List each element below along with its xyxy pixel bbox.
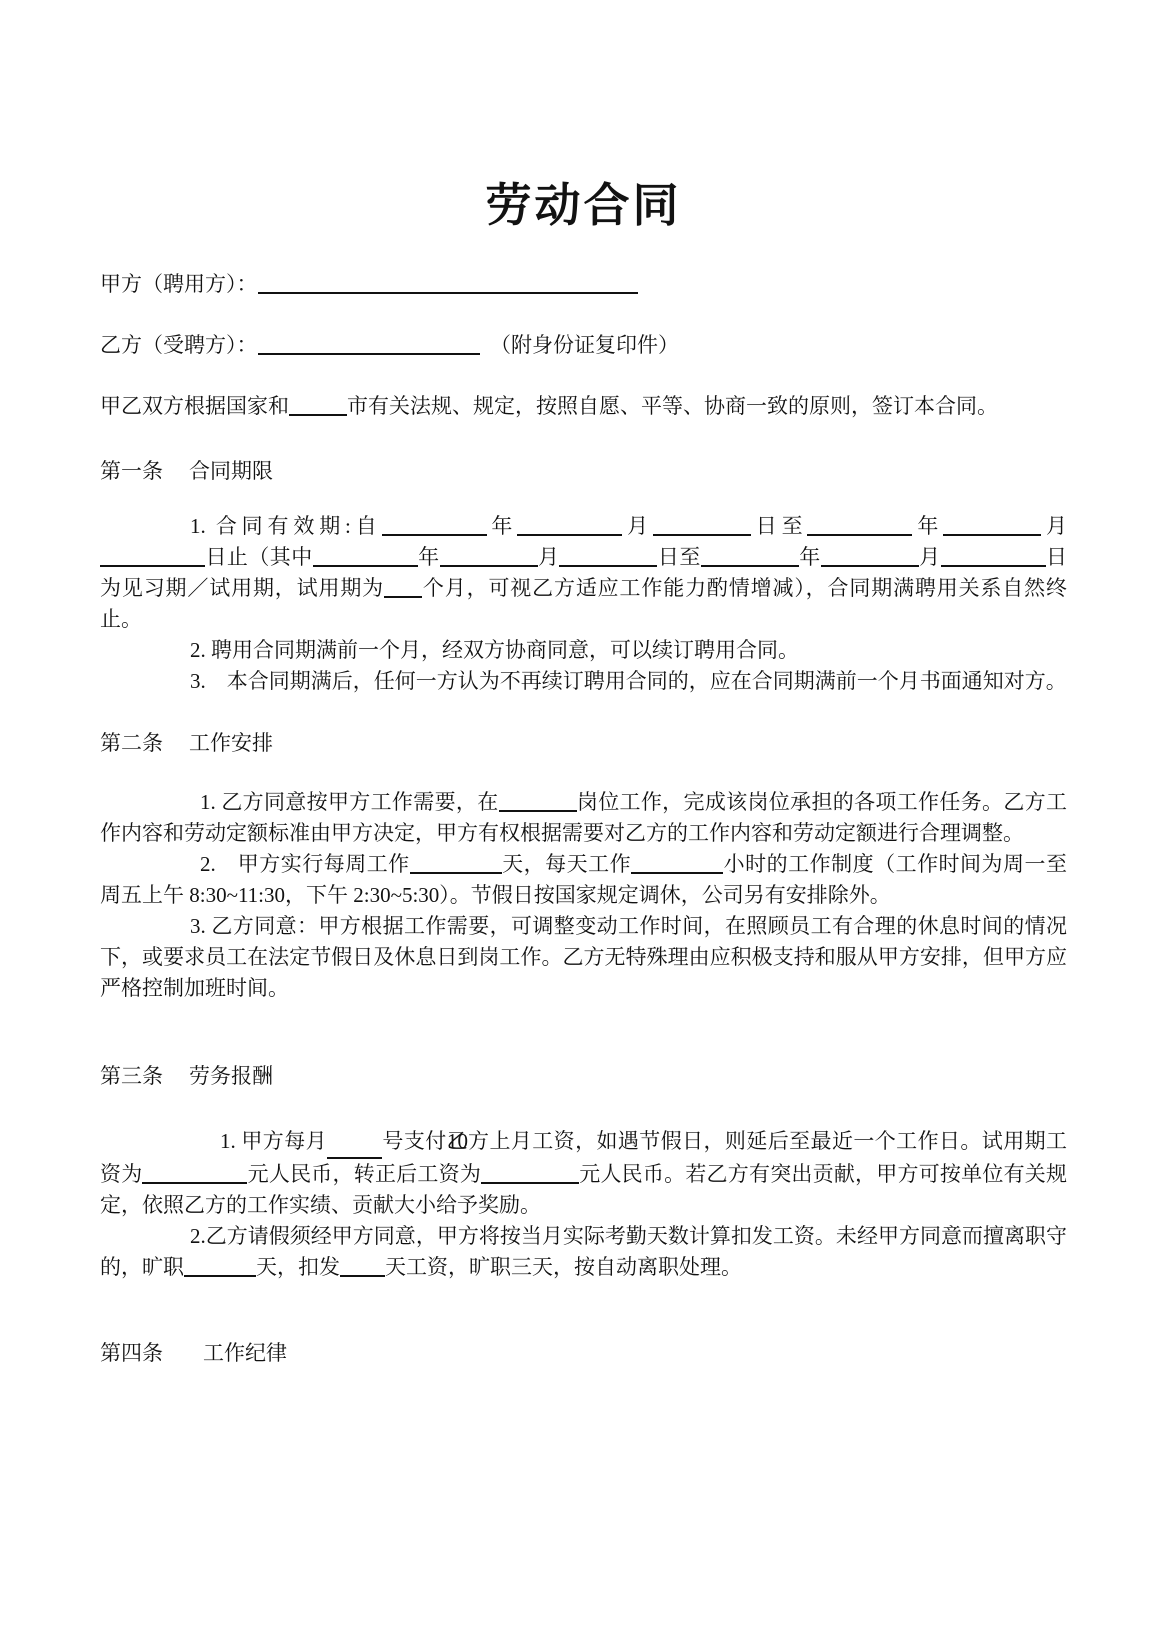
clause-3-1: 1. 甲方每月10号支付乙方上月工资，如遇节假日，则延后至最近一个工作日。试用期… bbox=[100, 1126, 1067, 1221]
clause-1-1: 1. 合同有效期:自年月日至年月日止（其中年月日至年月日为见习期／试用期，试用期… bbox=[100, 511, 1067, 635]
fill-in-blank bbox=[258, 341, 480, 355]
text-run: 天，扣发 bbox=[256, 1255, 340, 1279]
fill-in-blank bbox=[481, 1170, 579, 1184]
labor-contract-page: 劳动合同 甲方（聘用方）： 乙方（受聘方）： （附身份证复印件） 甲乙双方根据国… bbox=[0, 0, 1167, 1651]
text-run: 3. 乙方同意：甲方根据工作需要，可调整变动工作时间，在照顾员工有合理的休息时间… bbox=[100, 914, 1067, 1000]
section-2-heading: 第二条工作安排 bbox=[100, 728, 1067, 759]
fill-in-blank bbox=[631, 860, 723, 874]
text-run: 天工资，旷职三天，按自动离职处理。 bbox=[385, 1255, 742, 1279]
fill-in-blank bbox=[410, 860, 502, 874]
fill-in-blank bbox=[499, 798, 577, 812]
text-run: 月 bbox=[538, 545, 560, 569]
text-run: 年 bbox=[912, 514, 943, 538]
clause-1-3: 3. 本合同期满后，任何一方认为不再续订聘用合同的，应在合同期满前一个月书面通知… bbox=[100, 666, 1067, 697]
text-run: 3. 本合同期满后，任何一方认为不再续订聘用合同的，应在合同期满前一个月书面通知… bbox=[190, 669, 1067, 693]
section-2-name: 工作安排 bbox=[189, 731, 273, 755]
fill-in-blank bbox=[653, 522, 751, 536]
fill-in-blank bbox=[943, 522, 1041, 536]
text-run: 年 bbox=[487, 514, 518, 538]
section-3-number: 第三条 bbox=[100, 1064, 163, 1088]
party-a-row: 甲方（聘用方）： bbox=[100, 269, 1067, 300]
section-1-number: 第一条 bbox=[100, 459, 163, 483]
text-run: 1. 乙方同意按甲方工作需要，在 bbox=[200, 790, 499, 814]
text-run: 日至 bbox=[751, 514, 808, 538]
fill-in-blank bbox=[701, 553, 799, 567]
text-run: 甲方（聘用方）： bbox=[100, 272, 258, 296]
clause-2-1: 1. 乙方同意按甲方工作需要，在岗位工作，完成该岗位承担的各项工作任务。乙方工作… bbox=[100, 787, 1067, 849]
text-run: 月 bbox=[1041, 514, 1067, 538]
text-run: （附身份证复印件） bbox=[480, 333, 680, 357]
clause-2-2: 2. 甲方实行每周工作天，每天工作小时的工作制度（工作时间为周一至周五上午 8:… bbox=[100, 849, 1067, 911]
section-4-heading: 第四条工作纪律 bbox=[100, 1338, 1067, 1369]
section-1-heading: 第一条合同期限 bbox=[100, 456, 1067, 487]
fill-in-blank bbox=[289, 402, 347, 416]
text-run: 月 bbox=[622, 514, 653, 538]
text-run: 1. 甲方每月 bbox=[220, 1129, 327, 1153]
text-run: 2. 聘用合同期满前一个月，经双方协商同意，可以续订聘用合同。 bbox=[190, 638, 799, 662]
text-run: 甲乙双方根据国家和 bbox=[100, 394, 289, 418]
fill-in-blank bbox=[184, 1263, 256, 1277]
document-title: 劳动合同 bbox=[100, 178, 1067, 234]
section-1-name: 合同期限 bbox=[189, 459, 273, 483]
fill-in-blank bbox=[807, 522, 912, 536]
fill-in-blank bbox=[941, 553, 1046, 567]
text-run: 元人民币，转正后工资为 bbox=[247, 1162, 481, 1186]
fill-in-blank bbox=[258, 280, 638, 294]
fill-in-blank bbox=[440, 553, 538, 567]
clause-2-3: 3. 乙方同意：甲方根据工作需要，可调整变动工作时间，在照顾员工有合理的休息时间… bbox=[100, 911, 1067, 1004]
fill-in-blank bbox=[517, 522, 622, 536]
fill-in-blank bbox=[142, 1170, 247, 1184]
fill-in-blank bbox=[100, 553, 205, 567]
text-run: 年 bbox=[799, 545, 821, 569]
section-4-number: 第四条 bbox=[100, 1341, 163, 1365]
section-2-number: 第二条 bbox=[100, 731, 163, 755]
text-run: 1. 合同有效期:自 bbox=[190, 514, 382, 538]
section-3-heading: 第三条劳务报酬 bbox=[100, 1061, 1067, 1092]
section-3-name: 劳务报酬 bbox=[189, 1064, 273, 1088]
text-run: 乙方（受聘方）： bbox=[100, 333, 258, 357]
fill-in-blank bbox=[821, 553, 919, 567]
fill-in-blank bbox=[382, 522, 487, 536]
section-4-name: 工作纪律 bbox=[203, 1341, 287, 1365]
text-run: 月 bbox=[919, 545, 941, 569]
clause-1-2: 2. 聘用合同期满前一个月，经双方协商同意，可以续订聘用合同。 bbox=[100, 635, 1067, 666]
text-run: 日至 bbox=[657, 545, 700, 569]
fill-in-blank bbox=[340, 1263, 385, 1277]
filled-blank-value: 10 bbox=[327, 1126, 382, 1159]
text-run: 年 bbox=[418, 545, 440, 569]
text-run: 天，每天工作 bbox=[502, 852, 631, 876]
party-b-row: 乙方（受聘方）： （附身份证复印件） bbox=[100, 330, 1067, 361]
fill-in-blank bbox=[559, 553, 657, 567]
fill-in-blank bbox=[384, 584, 422, 598]
text-run: 市有关法规、规定，按照自愿、平等、协商一致的原则，签订本合同。 bbox=[347, 394, 998, 418]
intro-paragraph: 甲乙双方根据国家和市有关法规、规定，按照自愿、平等、协商一致的原则，签订本合同。 bbox=[100, 391, 1067, 422]
text-run: 2. 甲方实行每周工作 bbox=[200, 852, 410, 876]
fill-in-blank bbox=[313, 553, 418, 567]
text-run: 日止（其中 bbox=[205, 545, 313, 569]
clause-3-2: 2.乙方请假须经甲方同意，甲方将按当月实际考勤天数计算扣发工资。未经甲方同意而擅… bbox=[100, 1221, 1067, 1283]
